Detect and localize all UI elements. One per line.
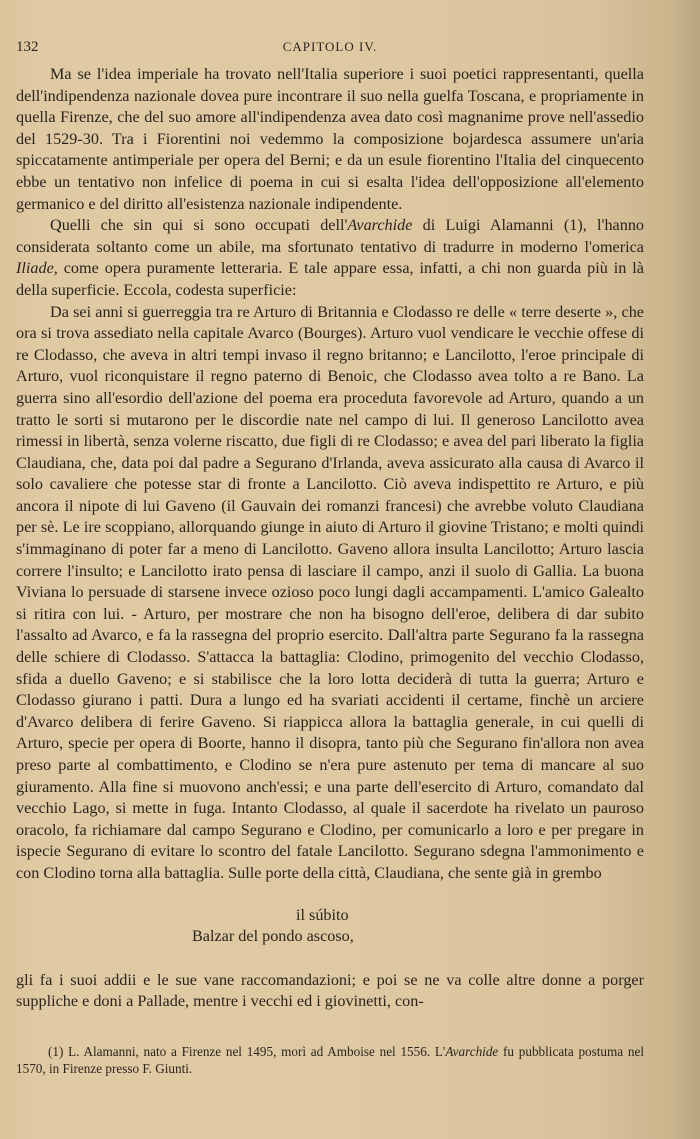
paragraph-2: Quelli che sin qui si sono occupati dell… xyxy=(16,215,644,301)
paragraph-1: Ma se l'idea imperiale ha trovato nell'I… xyxy=(16,64,644,215)
chapter-title: CAPITOLO IV. xyxy=(16,36,644,58)
footnote: (1) L. Alamanni, nato a Firenze nel 1495… xyxy=(16,1043,644,1077)
verse-line-1: il súbito xyxy=(16,905,644,927)
verse-quotation: il súbito Balzar del pondo ascoso, xyxy=(16,905,644,948)
paragraph-continuation: gli fa i suoi addii e le sue vane raccom… xyxy=(16,970,644,1013)
footnote-work-title: Avarchide xyxy=(445,1044,498,1059)
paragraph-3: Da sei anni si guerreggia tra re Arturo … xyxy=(16,302,644,885)
work-title-iliade: Iliade, xyxy=(16,259,58,277)
continuation-text: gli fa i suoi addii e le sue vane raccom… xyxy=(16,970,644,1013)
work-title-avarchide: Avarchide xyxy=(347,216,412,234)
running-head: 132 CAPITOLO IV. xyxy=(16,36,644,58)
book-page: 132 CAPITOLO IV. Ma se l'idea imperiale … xyxy=(16,36,644,1077)
verse-line-2: Balzar del pondo ascoso, xyxy=(16,926,644,948)
footnote-1: (1) L. Alamanni, nato a Firenze nel 1495… xyxy=(16,1043,644,1077)
body-text: Ma se l'idea imperiale ha trovato nell'I… xyxy=(16,64,644,885)
